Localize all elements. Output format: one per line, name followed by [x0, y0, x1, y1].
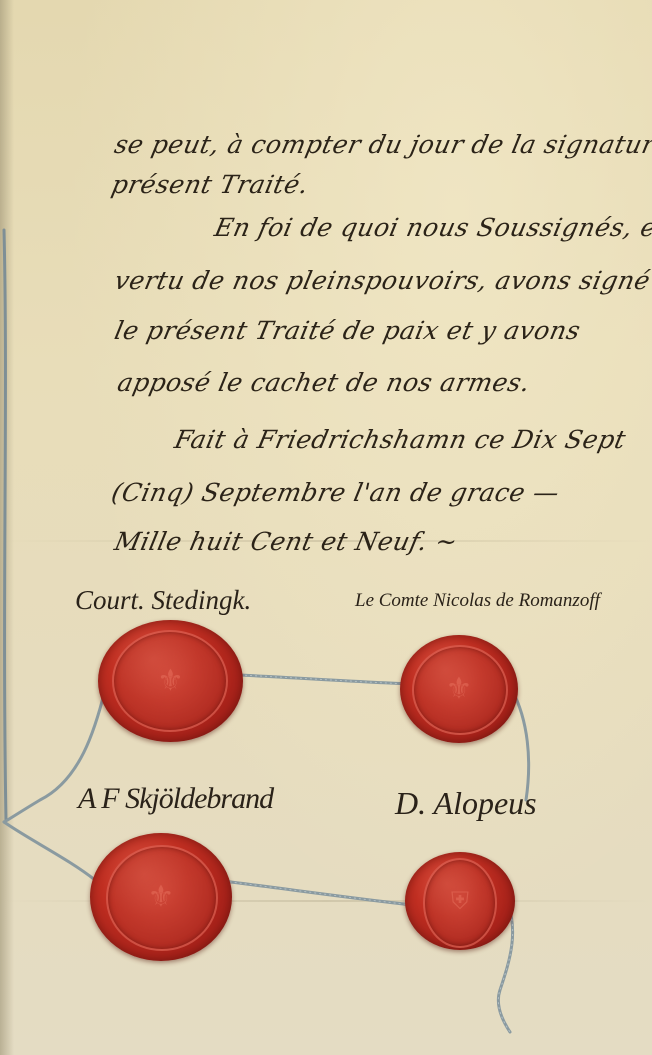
signature-skjoldebrand: A F Skjöldebrand	[78, 782, 273, 816]
wax-seal-top-right: ⚜	[400, 635, 518, 743]
coat-of-arms-icon: ⚜	[157, 664, 184, 699]
wax-seal-bottom-left: ⚜	[90, 833, 232, 961]
document-page: se peut, à compter du jour de la signatu…	[0, 0, 652, 1055]
signature-alopeus: D. Alopeus	[395, 785, 537, 822]
coat-of-arms-icon: ⚜	[446, 672, 473, 707]
shield-crest-icon: ⛨	[451, 887, 469, 915]
wax-seal-top-left: ⚜	[98, 620, 243, 742]
coat-of-arms-icon: ⚜	[148, 880, 175, 915]
signature-stedingk: Court. Stedingk.	[75, 585, 251, 616]
signature-romanzoff: Le Comte Nicolas de Romanzoff	[355, 590, 600, 612]
wax-seal-bottom-right: ⛨	[405, 852, 515, 950]
